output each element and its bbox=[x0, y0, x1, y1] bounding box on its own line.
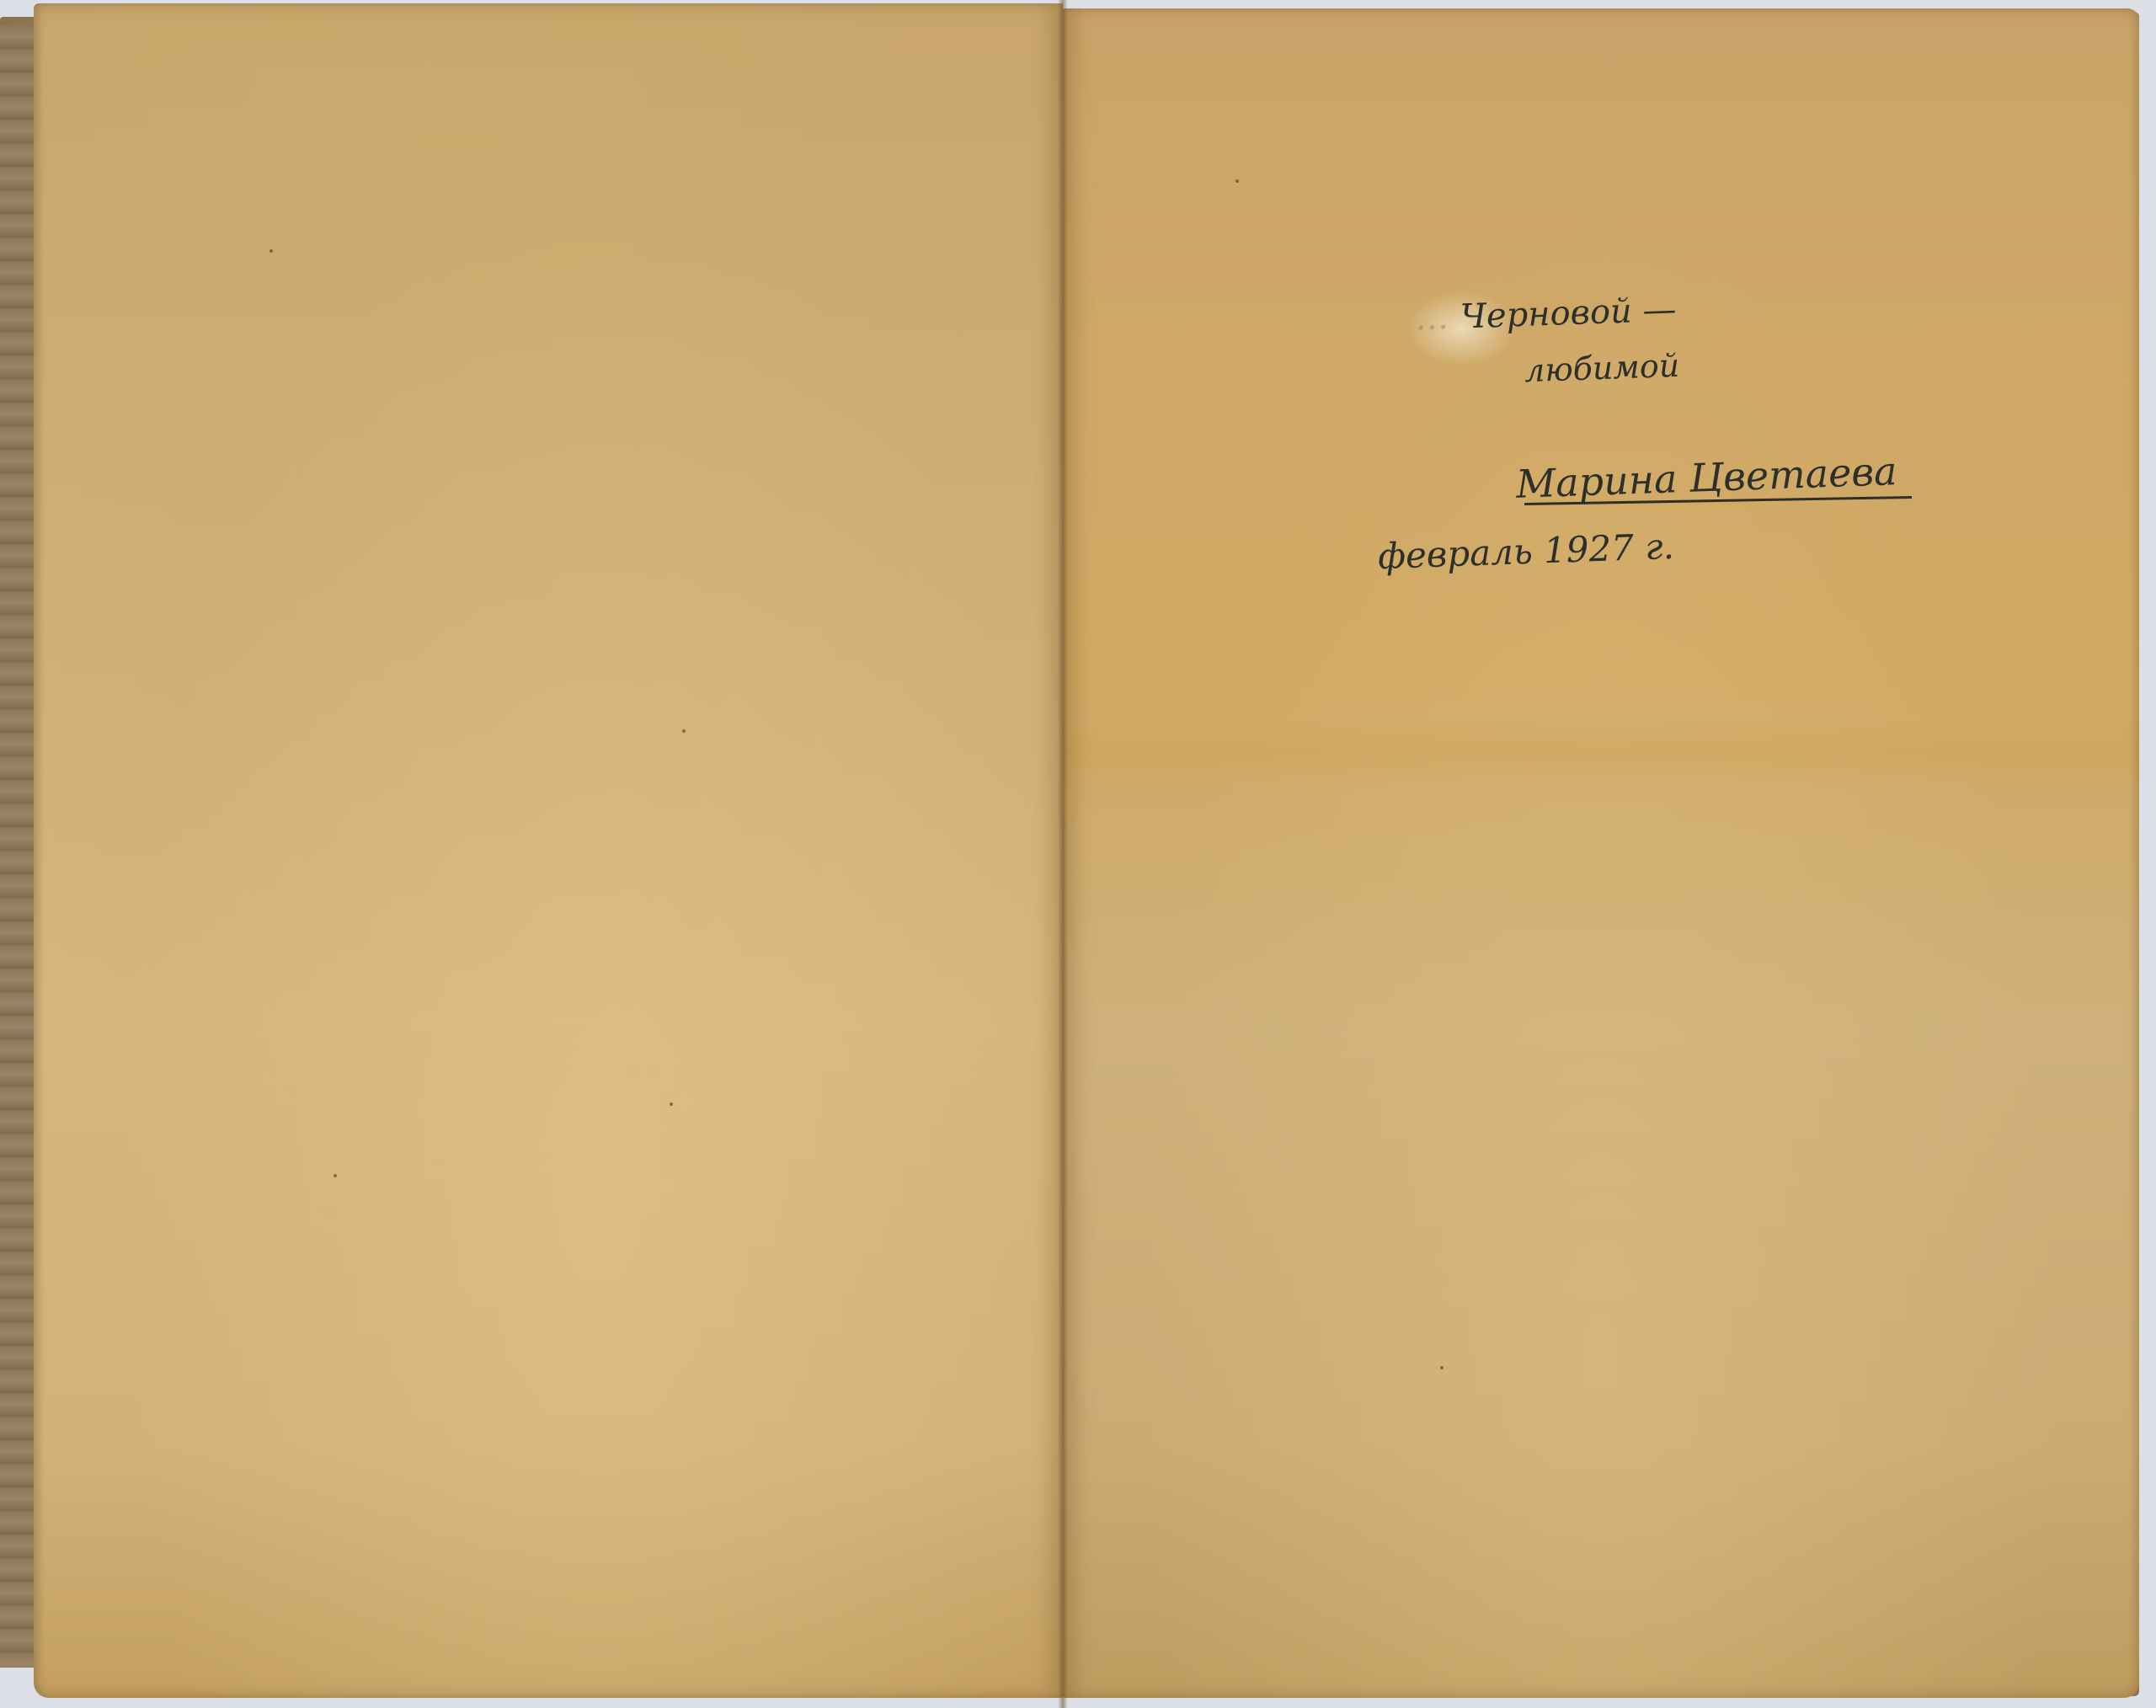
inscription-line-2: любимой bbox=[1524, 347, 1680, 389]
right-page bbox=[1063, 8, 2139, 1698]
inscription-text-chernovoy: Черновой — bbox=[1460, 291, 1677, 337]
left-page bbox=[34, 3, 1063, 1698]
paper-speck bbox=[670, 1102, 673, 1106]
paper-speck bbox=[1440, 1366, 1444, 1369]
book-spine bbox=[0, 25, 37, 1668]
paper-speck bbox=[269, 249, 273, 253]
paper-speck bbox=[682, 729, 686, 733]
paper-speck bbox=[334, 1174, 337, 1177]
book-gutter bbox=[1058, 0, 1068, 1708]
paper-speck bbox=[1235, 179, 1239, 183]
erased-word: … bbox=[1414, 298, 1449, 338]
